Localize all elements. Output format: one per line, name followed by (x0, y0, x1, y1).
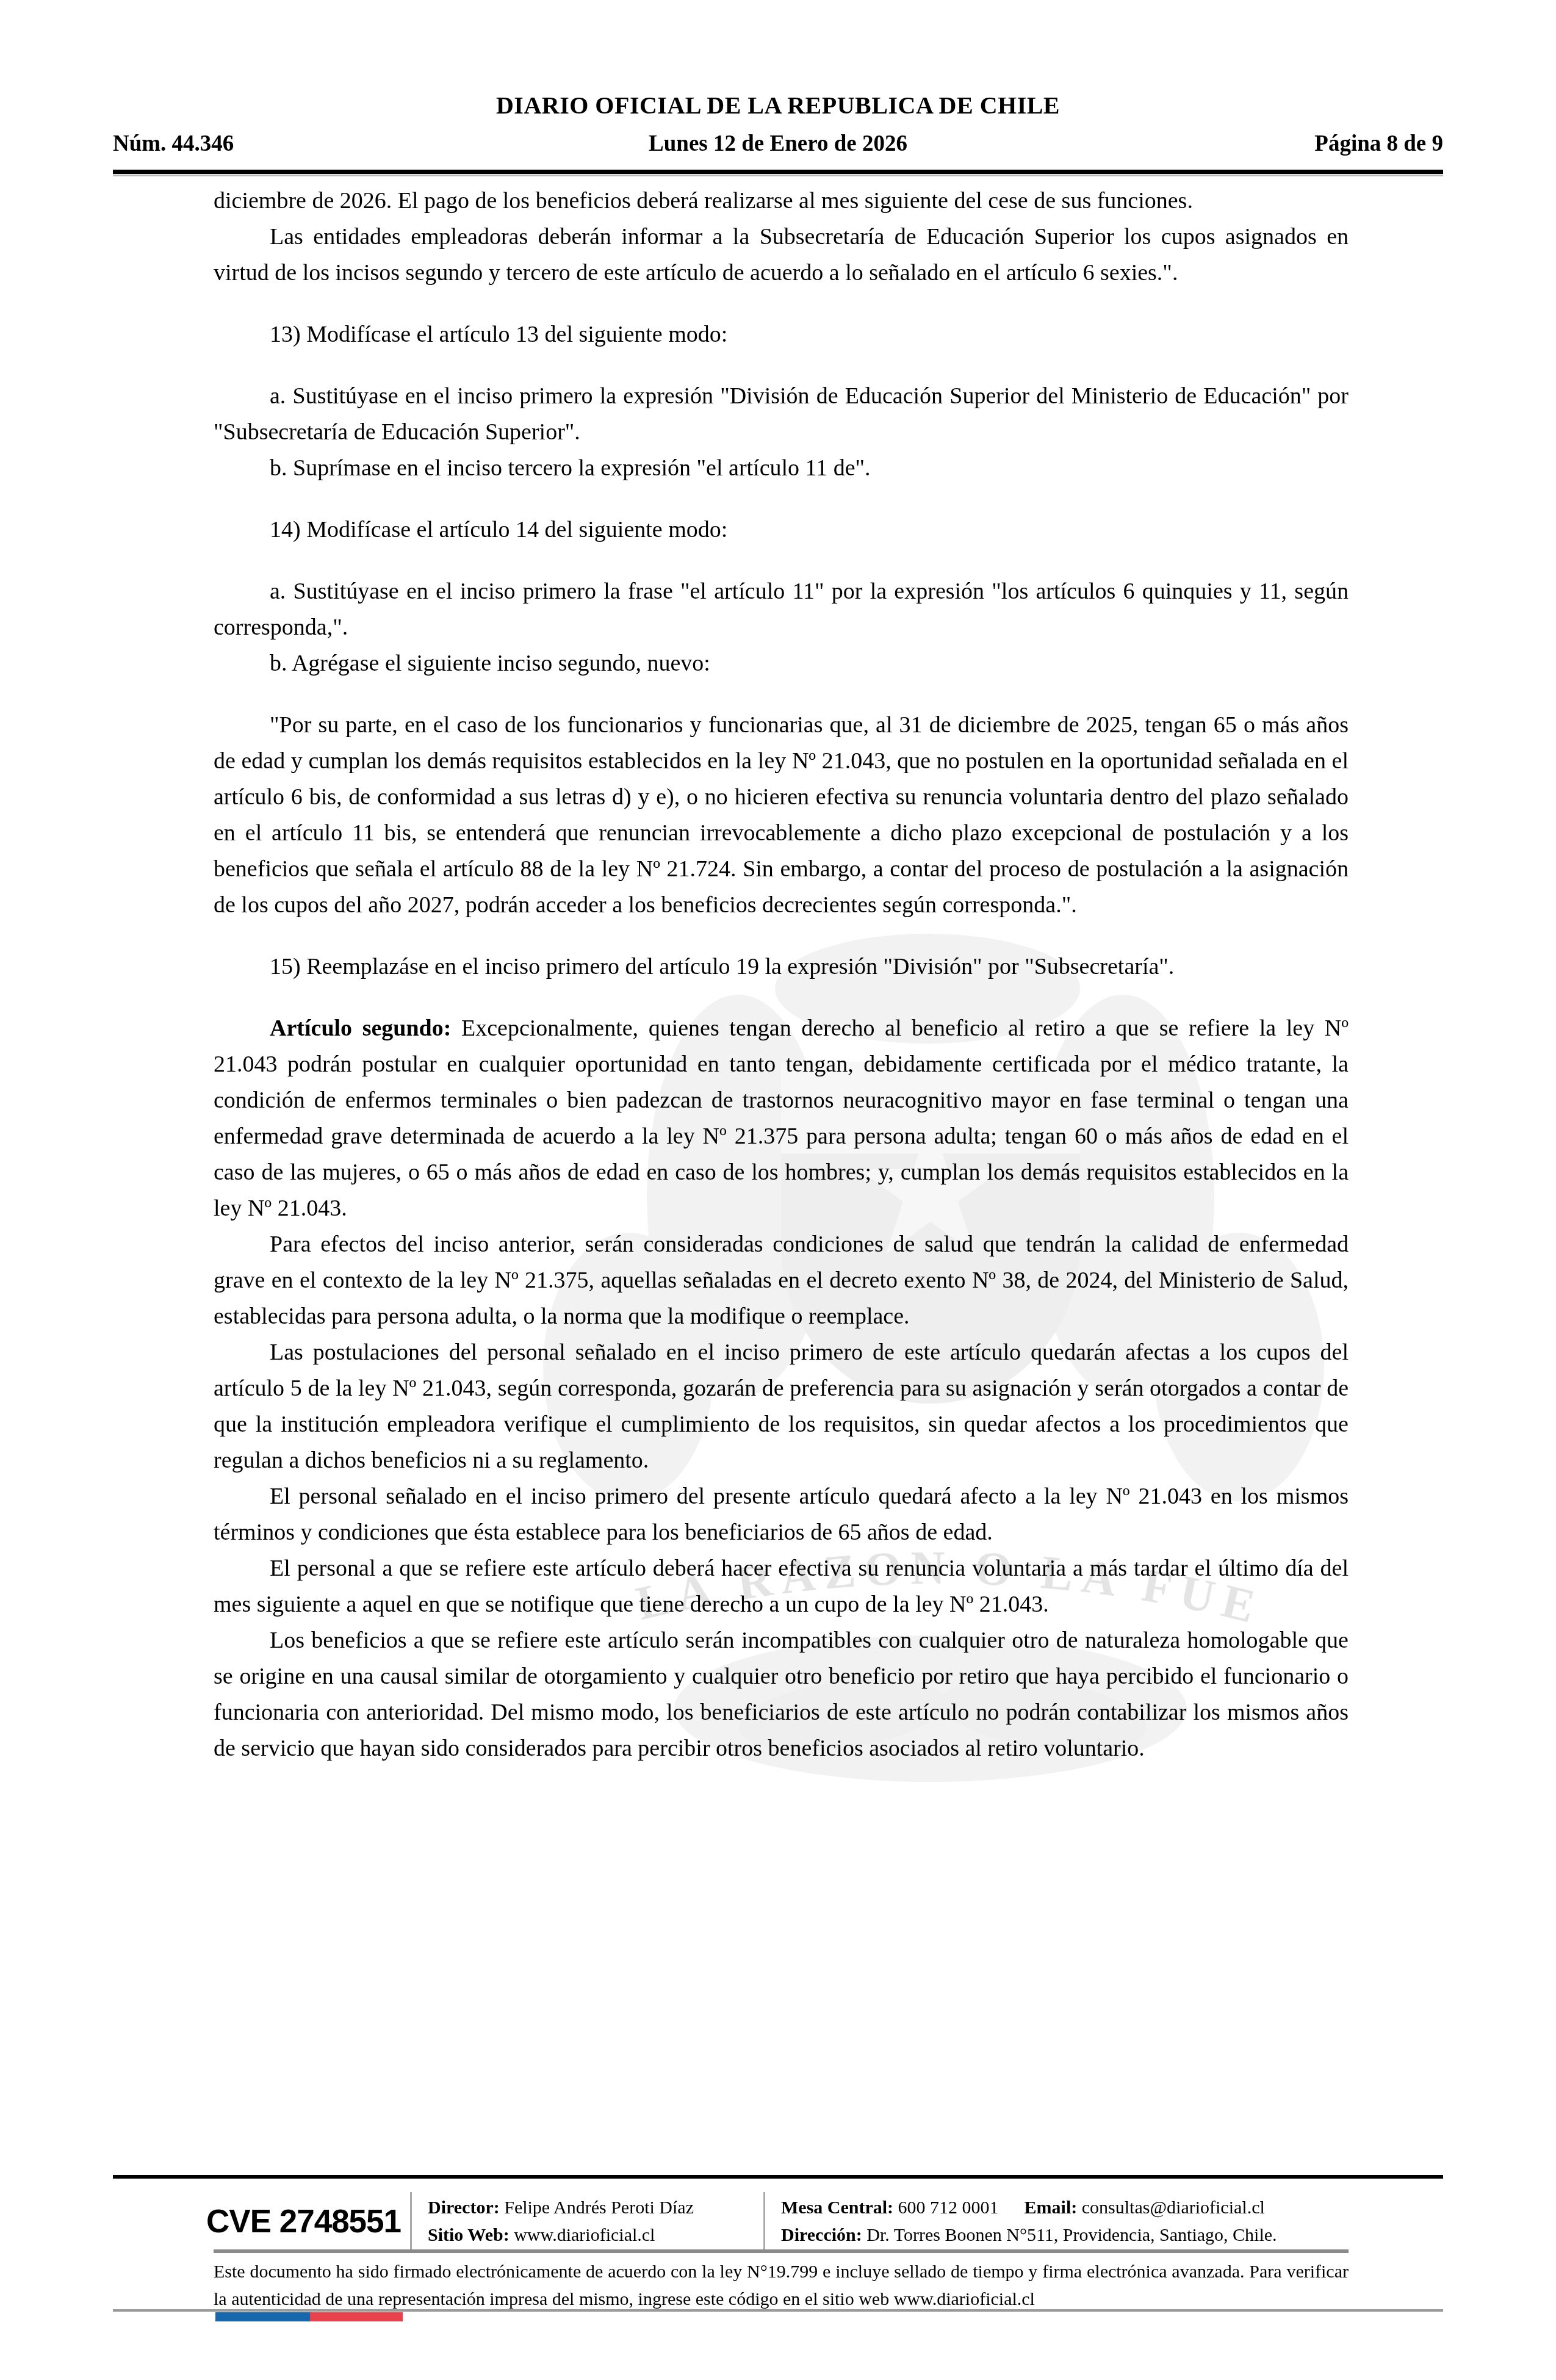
paragraph-text: Las postulaciones del personal señalado … (214, 1340, 1349, 1473)
paragraph: a. Sustitúyase en el inciso primero la e… (214, 378, 1349, 450)
director-label: Director: (428, 2198, 500, 2218)
paragraph-text: a. Sustitúyase en el inciso primero la f… (214, 579, 1349, 640)
paragraph-text: El personal a que se refiere este artícu… (214, 1556, 1349, 1617)
paragraph-text: a. Sustitúyase en el inciso primero la e… (214, 383, 1349, 445)
paragraph-text: Excepcionalmente, quienes tengan derecho… (214, 1015, 1349, 1221)
footer-bottom-rule (113, 2309, 1443, 2312)
paragraph: "Por su parte, en el caso de los funcion… (214, 707, 1349, 923)
paragraph-text: b. Suprímase en el inciso tercero la exp… (270, 455, 871, 481)
paragraph-text: Los beneficios a que se refiere este art… (214, 1628, 1349, 1761)
page-header: DIARIO OFICIAL DE LA REPUBLICA DE CHILE … (113, 92, 1443, 176)
sitio-web-value: www.diarioficial.cl (514, 2225, 655, 2245)
paragraph-text: 15) Reemplazáse en el inciso primero del… (270, 954, 1174, 979)
paragraph-text: Las entidades empleadoras deberán inform… (214, 224, 1349, 286)
director-line: Director: Felipe Andrés Peroti Díaz (428, 2194, 763, 2221)
paragraph-text: diciembre de 2026. El pago de los benefi… (214, 188, 1193, 214)
header-meta-row: Núm. 44.346 Lunes 12 de Enero de 2026 Pá… (113, 131, 1443, 160)
paragraph: Para efectos del inciso anterior, serán … (214, 1227, 1349, 1335)
paragraph: El personal señalado en el inciso primer… (214, 1479, 1349, 1551)
header-rule (113, 170, 1443, 174)
page-title: DIARIO OFICIAL DE LA REPUBLICA DE CHILE (113, 92, 1443, 120)
paragraph: 14) Modifícase el artículo 14 del siguie… (214, 512, 1349, 548)
brand-bar-blue (215, 2312, 310, 2321)
issue-date: Lunes 12 de Enero de 2026 (113, 131, 1443, 157)
sitio-web-line: Sitio Web: www.diarioficial.cl (428, 2221, 763, 2249)
paragraph: 15) Reemplazáse en el inciso primero del… (214, 949, 1349, 985)
direccion-line: Dirección: Dr. Torres Boonen N°511, Prov… (781, 2221, 1349, 2249)
sitio-web-label: Sitio Web: (428, 2225, 510, 2245)
document-page: POR LA RAZON O LA FUERZA DIARIO OFICIAL … (0, 0, 1556, 2380)
direccion-value: Dr. Torres Boonen N°511, Providencia, Sa… (866, 2225, 1277, 2245)
footer-contact-column: Mesa Central: 600 712 0001Email: consult… (765, 2194, 1349, 2249)
gobierno-brand-bar (215, 2312, 403, 2321)
header-rule-shadow (113, 175, 1443, 176)
direccion-label: Dirección: (781, 2225, 862, 2245)
paragraph: El personal a que se refiere este artícu… (214, 1551, 1349, 1623)
mesa-central-label: Mesa Central: (781, 2198, 893, 2218)
paragraph: Artículo segundo: Excepcionalmente, quie… (214, 1011, 1349, 1227)
footer-info-box: CVE 2748551 Director: Felipe Andrés Pero… (206, 2192, 1349, 2251)
page-indicator: Página 8 de 9 (1314, 131, 1443, 157)
footer-mid-rule (214, 2249, 1349, 2253)
paragraph-text: 14) Modifícase el artículo 14 del siguie… (270, 517, 727, 543)
paragraph-text: b. Agrégase el siguiente inciso segundo,… (270, 651, 710, 676)
mesa-email-line: Mesa Central: 600 712 0001Email: consult… (781, 2194, 1349, 2221)
paragraph-text: Para efectos del inciso anterior, serán … (214, 1231, 1349, 1329)
paragraph: Las postulaciones del personal señalado … (214, 1335, 1349, 1479)
director-value: Felipe Andrés Peroti Díaz (504, 2198, 694, 2218)
paragraph-text: "Por su parte, en el caso de los funcion… (214, 712, 1349, 918)
paragraph: b. Agrégase el siguiente inciso segundo,… (214, 646, 1349, 682)
paragraph: a. Sustitúyase en el inciso primero la f… (214, 574, 1349, 646)
paragraph: Los beneficios a que se refiere este art… (214, 1623, 1349, 1767)
paragraph-text: 13) Modifícase el artículo 13 del siguie… (270, 322, 727, 347)
brand-bar-red (310, 2312, 403, 2321)
email-value: consultas@diarioficial.cl (1082, 2198, 1265, 2218)
paragraph: 13) Modifícase el artículo 13 del siguie… (214, 317, 1349, 353)
paragraph: b. Suprímase en el inciso tercero la exp… (214, 450, 1349, 486)
footer-director-column: Director: Felipe Andrés Peroti Díaz Siti… (412, 2194, 763, 2249)
paragraph-text: El personal señalado en el inciso primer… (214, 1484, 1349, 1545)
mesa-central-pair: Mesa Central: 600 712 0001 (781, 2198, 999, 2218)
email-label: Email: (1025, 2198, 1078, 2218)
mesa-central-value: 600 712 0001 (898, 2198, 999, 2218)
email-pair: Email: consultas@diarioficial.cl (1025, 2198, 1265, 2218)
signature-disclaimer: Este documento ha sido firmado electróni… (214, 2258, 1349, 2313)
paragraph-bold-lead: Artículo segundo: (270, 1015, 451, 1041)
paragraph: diciembre de 2026. El pago de los benefi… (214, 183, 1349, 219)
legal-text-body: diciembre de 2026. El pago de los benefi… (214, 183, 1349, 1767)
cve-code: CVE 2748551 (206, 2203, 410, 2240)
paragraph: Las entidades empleadoras deberán inform… (214, 219, 1349, 291)
footer-top-rule (113, 2175, 1443, 2179)
